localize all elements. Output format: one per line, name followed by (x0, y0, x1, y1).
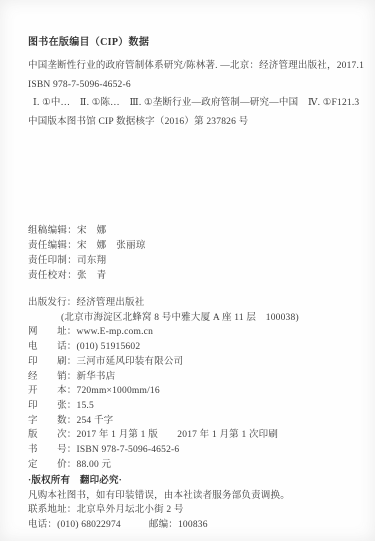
editorial-staff-block: 组稿编辑：宋 娜 责任编辑：宋 娜 张丽琼 责任印制：司东翔 责任校对：张 青 (28, 224, 353, 284)
pub-row-printer: 印 刷：三河市延风印装有限公司 (28, 355, 353, 370)
staff-row-proofreader: 责任校对：张 青 (28, 269, 353, 284)
pub-label: 开 本： (28, 386, 77, 396)
pub-row-website: 网 址：www.E-mp.com.cn (28, 325, 353, 340)
cip-classification-line: Ⅰ. ①中… Ⅱ. ①陈… Ⅲ. ①垄断行业—政府管制—研究—中国 Ⅳ. ①F1… (28, 94, 353, 113)
pub-row-sheets: 印 张：15.5 (28, 399, 353, 414)
pub-row-edition: 版 次：2017 年 1 月第 1 版 2017 年 1 月第 1 次印刷 (28, 428, 353, 443)
contact-phone-line: 电话：(010) 68022974邮编：100836 (28, 518, 353, 533)
cip-title-line: 中国垄断性行业的政府管制体系研究/陈林著. —北京：经济管理出版社，2017.1 (28, 57, 353, 76)
pub-row-publisher: 出版发行：经济管理出版社 (28, 296, 353, 311)
staff-row-responsible-editor: 责任编辑：宋 娜 张丽琼 (28, 239, 353, 254)
pub-label: 印 刷： (28, 357, 77, 367)
cip-isbn-line: ISBN 978-7-5096-4652-6 (28, 76, 353, 95)
pub-label: 电 话： (28, 342, 77, 352)
staff-label: 责任印制： (28, 256, 77, 266)
pub-value: ISBN 978-7-5096-4652-6 (77, 445, 180, 455)
pub-label: 出版发行： (28, 298, 77, 308)
pub-label: 定 价： (28, 460, 77, 470)
staff-label: 责任校对： (28, 271, 77, 281)
staff-label: 组稿编辑： (28, 226, 77, 236)
cip-data-block: 图书在版编目（CIP）数据 中国垄断性行业的政府管制体系研究/陈林著. —北京：… (28, 36, 353, 131)
staff-row-acquisitions-editor: 组稿编辑：宋 娜 (28, 224, 353, 239)
pub-label: 版 次： (28, 430, 77, 440)
pub-label: 经 销： (28, 372, 77, 382)
pub-row-word-count: 字 数：254 千字 (28, 414, 353, 429)
pub-value: (010) 51915602 (77, 342, 141, 352)
pub-label: 印 张： (28, 401, 77, 411)
copyright-notice: ·版权所有 翻印必究· (28, 474, 353, 489)
pub-label: 字 数： (28, 416, 77, 426)
contact-phone-value: (010) 68022974 (57, 520, 121, 530)
book-copyright-page: 图书在版编目（CIP）数据 中国垄断性行业的政府管制体系研究/陈林著. —北京：… (0, 0, 375, 541)
postal-code-value: 100836 (178, 520, 208, 530)
staff-row-print-supervisor: 责任印制：司东翔 (28, 254, 353, 269)
publication-info-block: 出版发行：经济管理出版社 (北京市海淀区北蜂窝 8 号中雅大厦 A 座 11 层… (28, 296, 353, 472)
staff-value: 张 青 (77, 271, 106, 281)
pub-row-price: 定 价：88.00 元 (28, 458, 353, 473)
pub-value: 254 千字 (77, 416, 114, 426)
exchange-policy-line: 凡购本社图书，如有印装错误，由本社读者服务部负责调换。 (28, 489, 353, 504)
staff-value: 司东翔 (77, 256, 106, 266)
contact-address-line: 联系地址：北京阜外月坛北小街 2 号 (28, 503, 353, 518)
pub-label: 书 号： (28, 445, 77, 455)
postal-code-label: 邮编： (149, 520, 178, 530)
pub-value: 88.00 元 (77, 460, 112, 470)
pub-value: 2017 年 1 月第 1 版 2017 年 1 月第 1 次印刷 (77, 430, 279, 440)
staff-value: 宋 娜 张丽琼 (77, 241, 146, 251)
contact-address-value: 北京阜外月坛北小街 2 号 (77, 505, 184, 515)
pub-value: 经济管理出版社 (77, 298, 145, 308)
pub-row-format: 开 本：720mm×1000mm/16 (28, 384, 353, 399)
pub-row-distributor: 经 销：新华书店 (28, 370, 353, 385)
publisher-address-line: (北京市海淀区北蜂窝 8 号中雅大厦 A 座 11 层 100038) (28, 311, 353, 326)
copyright-notice-block: ·版权所有 翻印必究· 凡购本社图书，如有印装错误，由本社读者服务部负责调换。 … (28, 474, 353, 532)
contact-address-label: 联系地址： (28, 505, 77, 515)
staff-value: 宋 娜 (77, 226, 106, 236)
pub-value: 三河市延风印装有限公司 (77, 357, 184, 367)
pub-value: 15.5 (77, 401, 94, 411)
staff-label: 责任编辑： (28, 241, 77, 251)
cip-heading: 图书在版编目（CIP）数据 (28, 36, 353, 49)
pub-label: 网 址： (28, 327, 77, 337)
pub-value: 720mm×1000mm/16 (77, 386, 160, 396)
pub-row-book-number: 书 号：ISBN 978-7-5096-4652-6 (28, 443, 353, 458)
pub-value: www.E-mp.com.cn (77, 327, 154, 337)
contact-phone-label: 电话： (28, 520, 57, 530)
cip-record-line: 中国版本图书馆 CIP 数据核字（2016）第 237826 号 (28, 113, 353, 132)
pub-value: 新华书店 (77, 372, 116, 382)
pub-row-phone: 电 话：(010) 51915602 (28, 340, 353, 355)
